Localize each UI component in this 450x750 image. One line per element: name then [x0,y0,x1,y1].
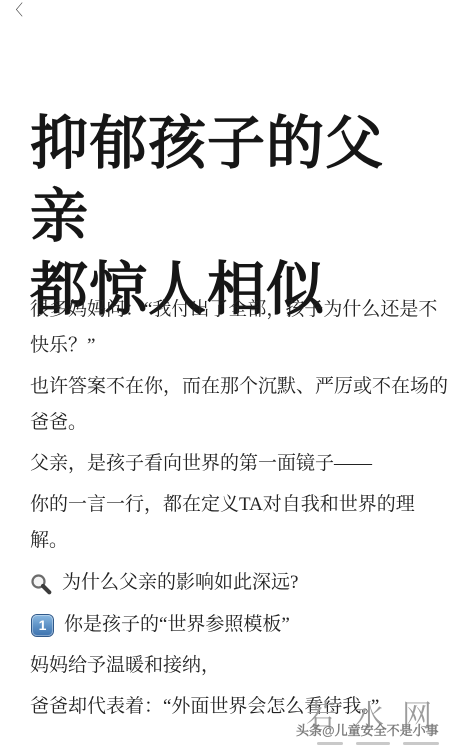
paragraph-mothers-question: 很多妈妈问：“我付出了全部，孩子为什么还是不 快乐？” [30,292,450,364]
section-question-line: 为什么父亲的影响如此深远? [30,565,450,601]
paragraph-mother-warmth: 妈妈给予温暖和接纳， [30,648,450,684]
magnifier-icon [30,572,52,594]
fine-print-bar [356,742,390,745]
paragraph-answer-not-you: 也许答案不在你，而在那个沉默、严厉或不在场的 爸爸。 [30,369,450,441]
paragraph-text: 也许答案不在你，而在那个沉默、严厉或不在场的 爸爸。 [30,376,448,433]
article-page: 〈 抑郁孩子的父亲 都惊人相似 很多妈妈问：“我付出了全部，孩子为什么还是不 快… [0,0,450,750]
section-question-text: 为什么父亲的影响如此深远? [62,565,298,601]
paragraph-text: 很多妈妈问：“我付出了全部，孩子为什么还是不 快乐？” [30,299,437,356]
fine-print-bar [403,742,439,745]
section-heading-1-text: 你是孩子的“世界参照模板” [64,607,290,643]
watermark-byline: 头条@儿童安全不是小事 [296,723,439,738]
paragraph-text: 父亲，是孩子看向世界的第一面镜子—— [30,453,372,474]
watermark-fine-print [317,742,439,745]
keycap-1-icon: 1 [32,615,53,636]
page-title-line-1: 抑郁孩子的父亲 [30,107,430,253]
article-body: 很多妈妈问：“我付出了全部，孩子为什么还是不 快乐？” 也许答案不在你，而在那个… [30,292,450,730]
fine-print-bar [317,742,343,745]
paragraph-text: 妈妈给予温暖和接纳， [30,655,220,676]
back-icon[interactable]: 〈 [8,2,23,20]
section-heading-1: 1 你是孩子的“世界参照模板” [30,607,450,643]
paragraph-defines-understanding: 你的一言一行，都在定义TA对自我和世界的理解。 [30,487,450,559]
paragraph-first-mirror: 父亲，是孩子看向世界的第一面镜子—— [30,446,450,482]
paragraph-text: 你的一言一行，都在定义TA对自我和世界的理解。 [30,494,415,551]
